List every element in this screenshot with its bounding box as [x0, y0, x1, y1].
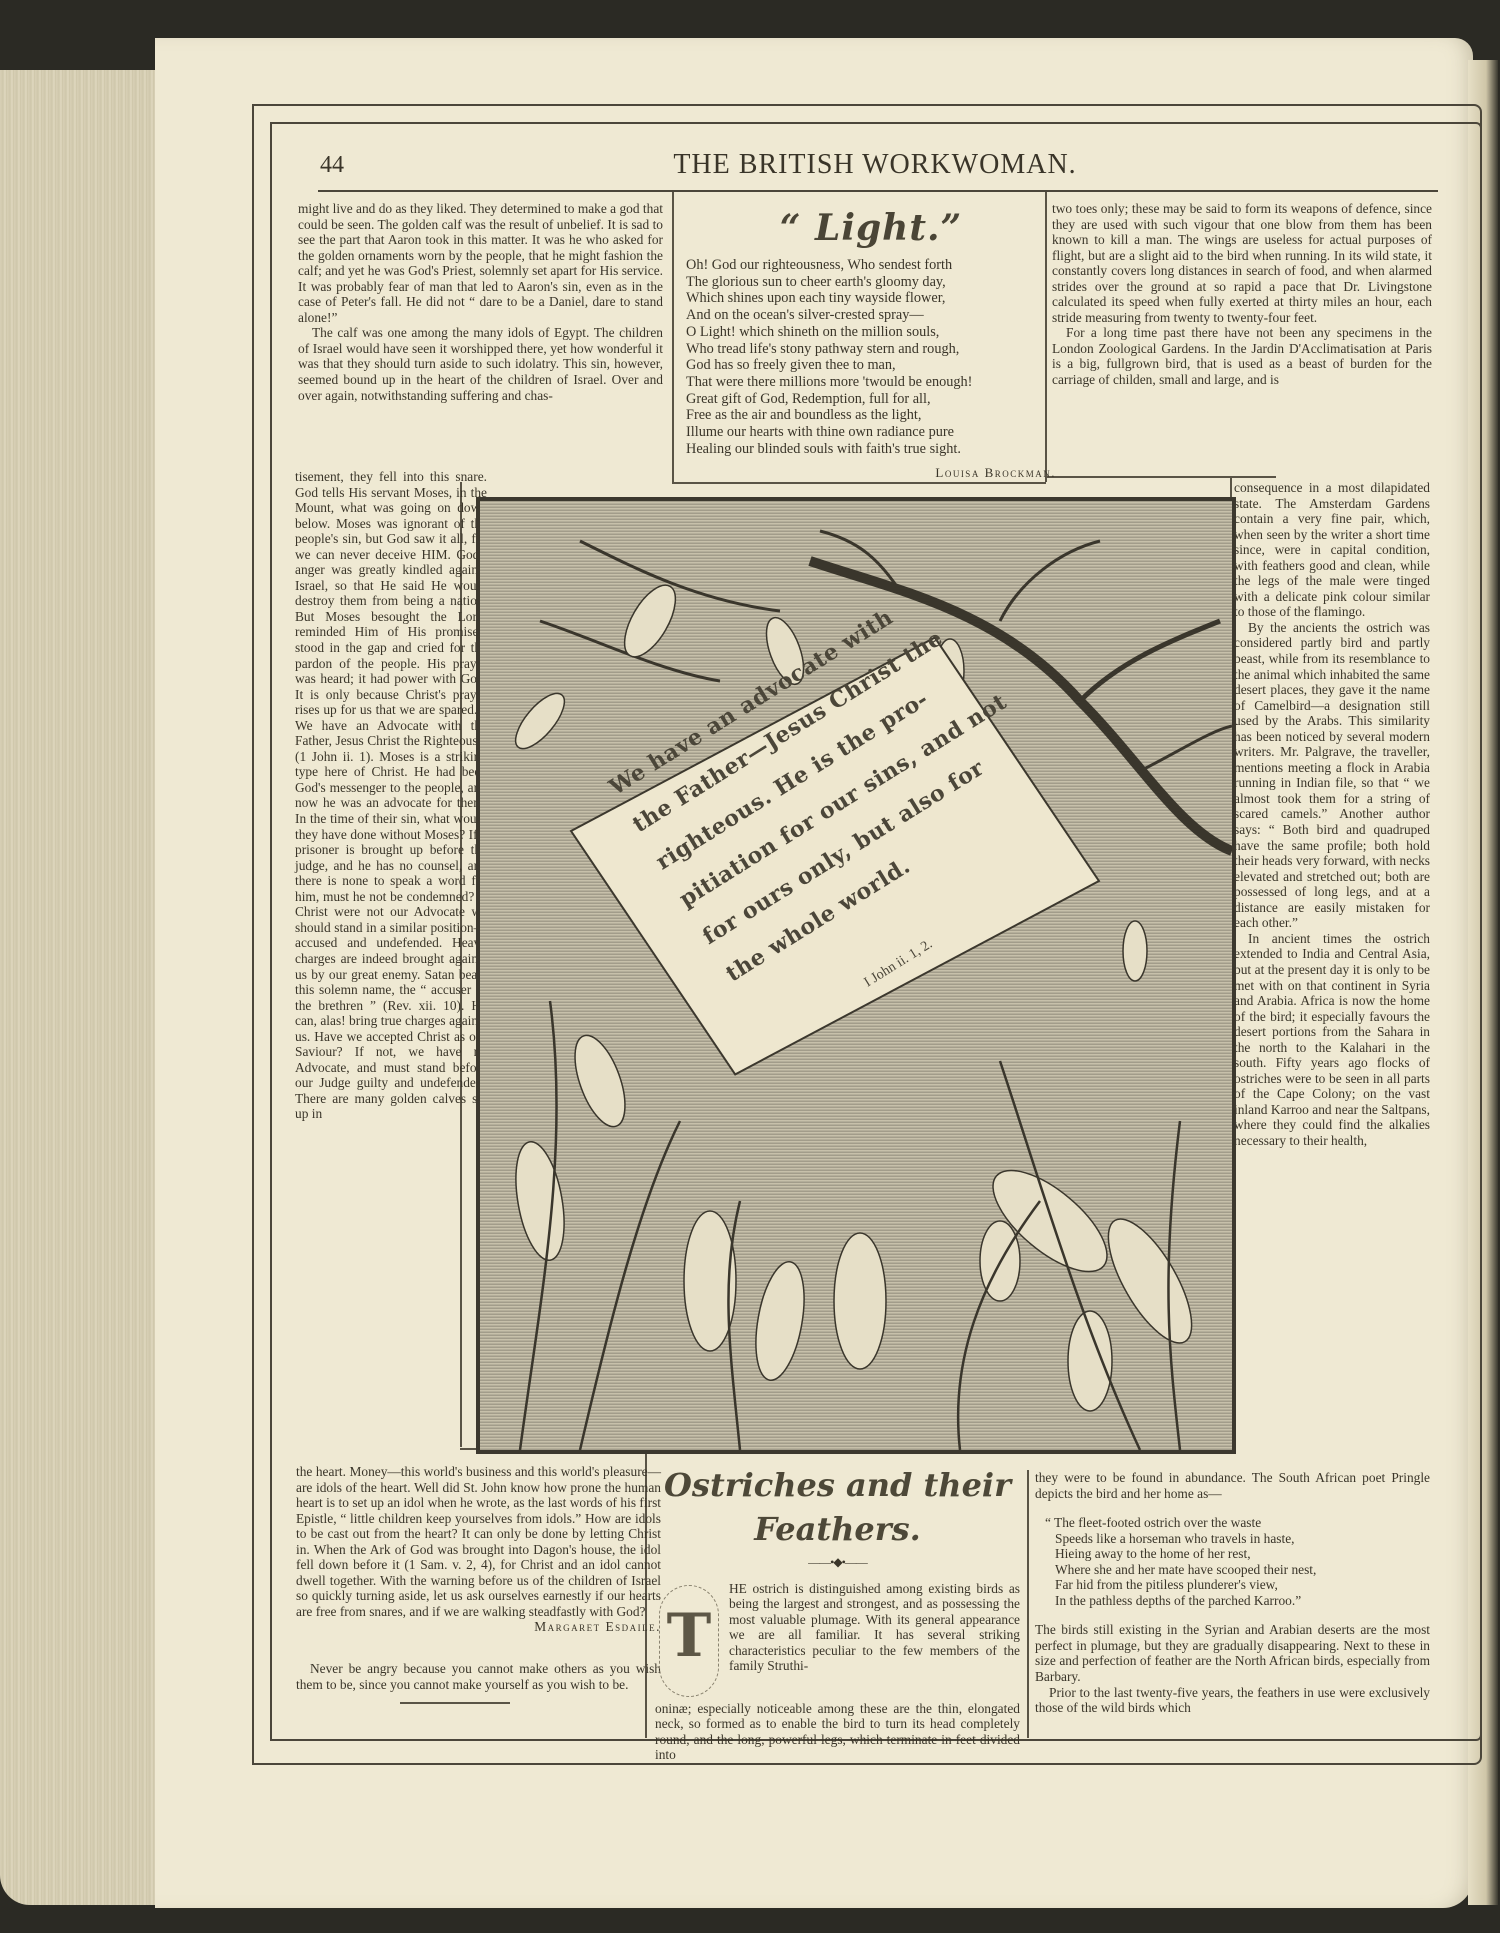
paragraph: oninæ; especially noticeable among these…: [655, 1701, 1020, 1763]
paragraph: two toes only; these may be said to form…: [1052, 201, 1432, 325]
paragraph: consequence in a most dilapidated state.…: [1234, 480, 1430, 620]
journal-title: THE BRITISH WORKWOMAN.: [380, 149, 1370, 181]
poem-line: O Light! which shineth on the million so…: [686, 324, 1056, 341]
poem-line: And on the ocean's silver-crested spray—: [686, 307, 1056, 324]
poem-line: Illume our hearts with thine own radianc…: [686, 424, 1056, 441]
quote-line: Far hid from the pitiless plunderer's vi…: [1045, 1577, 1430, 1593]
article-ostrich-intro: Ostriches and their Feathers. ——•◆•—— T …: [655, 1455, 1020, 1763]
ornament-divider: ——•◆•——: [655, 1555, 1020, 1571]
column-divider: [1027, 1470, 1029, 1738]
poem-line: God has so freely given thee to man,: [686, 357, 1056, 374]
paragraph: might live and do as they liked. They de…: [298, 201, 663, 325]
poem-bottom-rule: [672, 482, 1046, 484]
paragraph: HE ostrich is distinguished among existi…: [729, 1581, 1020, 1701]
poem-line: Oh! God our righteousness, Who sendest f…: [686, 257, 1056, 274]
title-line: Ostriches and their: [655, 1463, 1020, 1507]
page-number: 44: [320, 152, 380, 179]
paragraph: Prior to the last twenty-five years, the…: [1035, 1685, 1430, 1716]
poem-line: Healing our blinded souls with faith's t…: [686, 441, 1056, 458]
masthead-rule: [318, 190, 1438, 192]
article-idols-narrow: tisement, they fell into this snare. God…: [265, 469, 487, 1122]
paragraph: For a long time past there have not been…: [1052, 325, 1432, 387]
maxim: Never be angry because you cannot make o…: [296, 1661, 661, 1692]
poem-author: Louisa Brockman.: [686, 465, 1056, 481]
paragraph: By the ancients the ostrich was consider…: [1234, 620, 1430, 931]
engraving-illustration: We have an advocate with the Father—Jesu…: [476, 497, 1236, 1454]
paragraph: The birds still existing in the Syrian a…: [1035, 1622, 1430, 1684]
article-title: Ostriches and their Feathers.: [655, 1463, 1020, 1551]
poem-light: “ Light.” Oh! God our righteousness, Who…: [686, 201, 1056, 481]
article-ostrich-right-top: two toes only; these may be said to form…: [1052, 201, 1432, 388]
masthead: 44 THE BRITISH WORKWOMAN.: [320, 140, 1430, 190]
ornamental-dropcap: T: [655, 1581, 723, 1701]
paragraph: they were to be found in abundance. The …: [1035, 1470, 1430, 1501]
poem-line: That were there millions more 'twould be…: [686, 374, 1056, 391]
pringle-quote: “ The fleet-footed ostrich over the wast…: [1045, 1515, 1430, 1608]
paragraph: In ancient times the ostrich extended to…: [1234, 931, 1430, 1149]
article-idols-top: might live and do as they liked. They de…: [298, 201, 663, 403]
column-divider: [672, 192, 674, 482]
quote-line: Hieing away to the home of her rest,: [1045, 1546, 1430, 1562]
poem-line: The glorious sun to cheer earth's gloomy…: [686, 274, 1056, 291]
quote-line: Where she and her mate have scooped thei…: [1045, 1562, 1430, 1578]
poem-title: “ Light.”: [686, 207, 1056, 249]
paragraph: The calf was one among the many idols of…: [298, 325, 663, 403]
poem-line: Free as the air and boundless as the lig…: [686, 407, 1056, 424]
poem-line: Which shines upon each tiny wayside flow…: [686, 290, 1056, 307]
book-page-edges: [0, 70, 160, 1905]
article-idols-bottom: the heart. Money—this world's business a…: [296, 1464, 661, 1692]
short-separator-rule: [400, 1702, 510, 1704]
paragraph: the heart. Money—this world's business a…: [296, 1464, 661, 1619]
author-signature: Margaret Esdaile.: [296, 1619, 661, 1635]
poem-line: Who tread life's stony pathway stern and…: [686, 341, 1056, 358]
poem-line: Great gift of God, Redemption, full for …: [686, 391, 1056, 408]
quote-line: In the pathless depths of the parched Ka…: [1045, 1593, 1430, 1609]
title-line: Feathers.: [655, 1507, 1020, 1551]
paragraph: tisement, they fell into this snare. God…: [295, 469, 487, 1122]
poem-lines: Oh! God our righteousness, Who sendest f…: [686, 257, 1056, 457]
article-ostrich-right-bottom: they were to be found in abundance. The …: [1035, 1470, 1430, 1716]
quote-line: “ The fleet-footed ostrich over the wast…: [1045, 1515, 1430, 1531]
article-ostrich-right-narrow: consequence in a most dilapidated state.…: [1234, 480, 1430, 1149]
quote-line: Speeds like a horseman who travels in ha…: [1045, 1531, 1430, 1547]
illustration-top-rule: [1046, 476, 1276, 478]
